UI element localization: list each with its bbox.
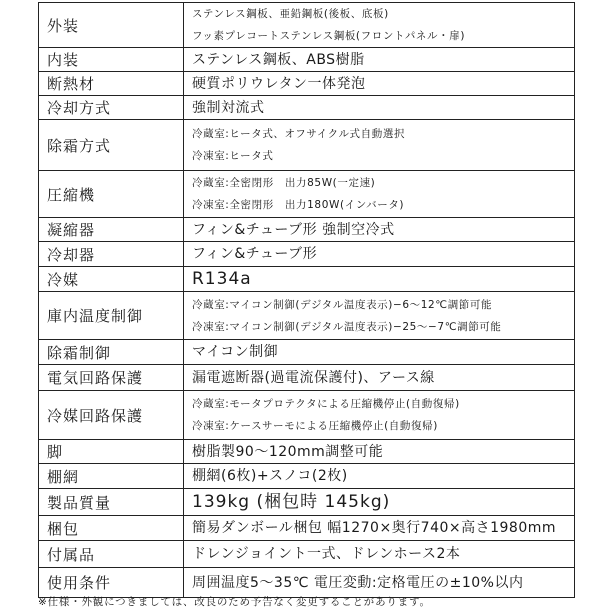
spec-value: フィン&チューブ形: [184, 242, 575, 267]
spec-value: 冷蔵室:全密閉形 出力85W(一定速)冷凍室:全密閉形 出力180W(インバータ…: [184, 171, 575, 218]
spec-row: 冷媒回路保護冷蔵室:モータプロテクタによる圧縮機停止(自動復帰)冷凍室:ケースサ…: [39, 391, 575, 440]
spec-value-line: フィン&チューブ形: [192, 243, 574, 265]
spec-value-line: 棚網(6枚)+スノコ(2枚): [192, 465, 574, 487]
spec-value: ステンレス鋼板、亜鉛鋼板(後板、底板)フッ素プレコートステンレス鋼板(フロントパ…: [184, 3, 575, 48]
spec-label: 使用条件: [39, 568, 184, 598]
spec-value-line: フッ素プレコートステンレス鋼板(フロントパネル・扉): [192, 25, 574, 47]
spec-row: 梱包簡易ダンボール梱包 幅1270×奥行740×高さ1980mm: [39, 516, 575, 541]
spec-table: 外装ステンレス鋼板、亜鉛鋼板(後板、底板)フッ素プレコートステンレス鋼板(フロン…: [38, 2, 575, 598]
spec-row: 棚網棚網(6枚)+スノコ(2枚): [39, 464, 575, 489]
spec-value-line: ステンレス鋼板、亜鉛鋼板(後板、底板): [192, 3, 574, 25]
spec-row: 除霜方式冷蔵室:ヒータ式、オフサイクル式自動選択冷凍室:ヒータ式: [39, 120, 575, 171]
spec-value: 冷蔵室:ヒータ式、オフサイクル式自動選択冷凍室:ヒータ式: [184, 120, 575, 171]
spec-label: 電気回路保護: [39, 365, 184, 391]
spec-value: 強制対流式: [184, 96, 575, 120]
spec-label: 冷却方式: [39, 96, 184, 120]
spec-value-line: 冷凍室:マイコン制御(デジタル温度表示)−25〜−7℃調節可能: [192, 316, 574, 338]
spec-row: 除霜制御マイコン制御: [39, 340, 575, 365]
spec-value-line: R134a: [192, 268, 574, 290]
spec-value-line: 強制対流式: [192, 97, 574, 119]
spec-label: 庫内温度制御: [39, 292, 184, 340]
spec-value-line: 冷凍室:全密閉形 出力180W(インバータ): [192, 194, 574, 216]
spec-label: 断熱材: [39, 72, 184, 96]
spec-value: 周囲温度5〜35℃ 電圧変動:定格電圧の±10%以内: [184, 568, 575, 598]
spec-value: 簡易ダンボール梱包 幅1270×奥行740×高さ1980mm: [184, 516, 575, 541]
spec-value: 棚網(6枚)+スノコ(2枚): [184, 464, 575, 489]
spec-row: 圧縮機冷蔵室:全密閉形 出力85W(一定速)冷凍室:全密閉形 出力180W(イン…: [39, 171, 575, 218]
spec-row: 製品質量139kg (梱包時 145kg): [39, 489, 575, 516]
spec-value: 硬質ポリウレタン一体発泡: [184, 72, 575, 96]
spec-value-line: フィン&チューブ形 強制空冷式: [192, 219, 574, 241]
spec-value: 樹脂製90〜120mm調整可能: [184, 440, 575, 464]
spec-value: マイコン制御: [184, 340, 575, 365]
spec-label: 冷媒: [39, 267, 184, 292]
spec-row: 凝縮器フィン&チューブ形 強制空冷式: [39, 218, 575, 242]
spec-row: 冷媒R134a: [39, 267, 575, 292]
spec-row: 電気回路保護漏電遮断器(過電流保護付)、アース線: [39, 365, 575, 391]
spec-value-line: 冷蔵室:マイコン制御(デジタル温度表示)−6〜12℃調節可能: [192, 294, 574, 316]
spec-label: 冷却器: [39, 242, 184, 267]
spec-label: 内装: [39, 48, 184, 72]
footnote: ※仕様・外観につきましては、改良のため予告なく変更することがあります。: [38, 594, 431, 609]
spec-row: 冷却方式強制対流式: [39, 96, 575, 120]
spec-value-line: 簡易ダンボール梱包 幅1270×奥行740×高さ1980mm: [192, 517, 574, 539]
spec-label: 棚網: [39, 464, 184, 489]
spec-value-line: 冷蔵室:全密閉形 出力85W(一定速): [192, 172, 574, 194]
spec-value-line: 冷蔵室:モータプロテクタによる圧縮機停止(自動復帰): [192, 393, 574, 415]
spec-value-line: 冷凍室:ヒータ式: [192, 145, 574, 167]
spec-value: 冷蔵室:マイコン制御(デジタル温度表示)−6〜12℃調節可能冷凍室:マイコン制御…: [184, 292, 575, 340]
spec-value-line: 冷凍室:ケースサーモによる圧縮機停止(自動復帰): [192, 415, 574, 437]
spec-label: 圧縮機: [39, 171, 184, 218]
spec-value: フィン&チューブ形 強制空冷式: [184, 218, 575, 242]
spec-label: 除霜制御: [39, 340, 184, 365]
spec-value: 漏電遮断器(過電流保護付)、アース線: [184, 365, 575, 391]
spec-value: 冷蔵室:モータプロテクタによる圧縮機停止(自動復帰)冷凍室:ケースサーモによる圧…: [184, 391, 575, 440]
spec-label: 凝縮器: [39, 218, 184, 242]
spec-value-line: 硬質ポリウレタン一体発泡: [192, 73, 574, 95]
spec-label: 冷媒回路保護: [39, 391, 184, 440]
spec-label: 脚: [39, 440, 184, 464]
spec-label: 梱包: [39, 516, 184, 541]
spec-label: 外装: [39, 3, 184, 48]
spec-value: 139kg (梱包時 145kg): [184, 489, 575, 516]
spec-label: 製品質量: [39, 489, 184, 516]
spec-row: 断熱材硬質ポリウレタン一体発泡: [39, 72, 575, 96]
spec-value: R134a: [184, 267, 575, 292]
spec-value-line: 冷蔵室:ヒータ式、オフサイクル式自動選択: [192, 123, 574, 145]
spec-value: ドレンジョイント一式、ドレンホース2本: [184, 541, 575, 568]
spec-row: 冷却器フィン&チューブ形: [39, 242, 575, 267]
spec-table-body: 外装ステンレス鋼板、亜鉛鋼板(後板、底板)フッ素プレコートステンレス鋼板(フロン…: [39, 3, 575, 598]
spec-label: 除霜方式: [39, 120, 184, 171]
spec-value-line: 周囲温度5〜35℃ 電圧変動:定格電圧の±10%以内: [192, 572, 574, 594]
spec-value-line: ドレンジョイント一式、ドレンホース2本: [192, 543, 574, 565]
spec-row: 付属品ドレンジョイント一式、ドレンホース2本: [39, 541, 575, 568]
spec-row: 外装ステンレス鋼板、亜鉛鋼板(後板、底板)フッ素プレコートステンレス鋼板(フロン…: [39, 3, 575, 48]
spec-row: 使用条件周囲温度5〜35℃ 電圧変動:定格電圧の±10%以内: [39, 568, 575, 598]
spec-value-line: マイコン制御: [192, 341, 574, 363]
spec-value-line: 樹脂製90〜120mm調整可能: [192, 441, 574, 463]
spec-value: ステンレス鋼板、ABS樹脂: [184, 48, 575, 72]
spec-value-line: 139kg (梱包時 145kg): [192, 491, 574, 513]
spec-row: 脚樹脂製90〜120mm調整可能: [39, 440, 575, 464]
spec-value-line: ステンレス鋼板、ABS樹脂: [192, 49, 574, 71]
spec-value-line: 漏電遮断器(過電流保護付)、アース線: [192, 367, 574, 389]
spec-row: 庫内温度制御冷蔵室:マイコン制御(デジタル温度表示)−6〜12℃調節可能冷凍室:…: [39, 292, 575, 340]
spec-label: 付属品: [39, 541, 184, 568]
spec-row: 内装ステンレス鋼板、ABS樹脂: [39, 48, 575, 72]
